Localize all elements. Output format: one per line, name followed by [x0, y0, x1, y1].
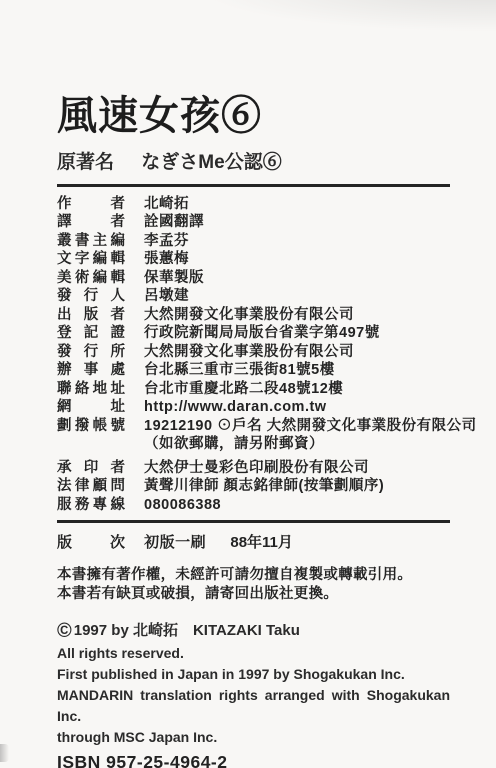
colophon-row-value: 保華製版 — [144, 270, 204, 286]
copyright-symbol: © — [57, 620, 72, 642]
colophon-row-translator: 譯者 詮國翻譯 — [57, 213, 450, 232]
edition-label: 版次 — [57, 532, 125, 553]
colophon-row-office: 辦事處 台北縣三重市三張街81號5樓 — [57, 361, 450, 380]
copyright-notice: 本書擁有著作權，未經許可請勿擅自複製或轉載引用。 — [57, 566, 450, 585]
colophon-row-website: 網址 http://www.daran.com.tw — [57, 398, 450, 417]
colophon-row-label: 發行人 — [57, 287, 125, 306]
colophon-row-value: 台北市重慶北路二段48號12樓 — [144, 381, 343, 397]
website-url: http://www.daran.com.tw — [144, 399, 327, 415]
colophon-row-label: 發行所 — [57, 343, 125, 362]
rights-block: ©1997 by 北崎拓 KITAZAKI Taku All rights re… — [57, 619, 450, 768]
legal-notices: 本書擁有著作權，未經許可請勿擅自複製或轉載引用。 本書若有缺頁或破損，請寄回出版… — [57, 566, 450, 604]
colophon-row-contact-address: 聯絡地址 台北市重慶北路二段48號12樓 — [57, 380, 450, 399]
colophon-row-author: 作者 北崎拓 — [57, 195, 450, 214]
colophon-row-label: 劃撥帳號 — [57, 417, 125, 436]
colophon-row-value: 張蕙梅 — [144, 251, 189, 267]
service-phone-number: 080086388 — [144, 497, 221, 513]
colophon-row-label: 辦事處 — [57, 361, 125, 380]
colophon-row-label: 出版者 — [57, 306, 125, 325]
through-agency-line: through MSC Japan Inc. — [57, 727, 450, 748]
colophon-row-value: 行政院新聞局局版台省業字第497號 — [144, 325, 380, 341]
colophon-row-value: 李孟芬 — [144, 233, 189, 249]
colophon-row-label: 譯者 — [57, 213, 125, 232]
colophon-row-publisher-person: 發行人 呂墩建 — [57, 287, 450, 306]
colophon-row-value: 詮國翻譯 — [144, 214, 204, 230]
edition-row: 版次 初版一刷 88年11月 — [57, 532, 450, 553]
copyright-text: 1997 by 北崎拓 KITAZAKI Taku — [74, 622, 300, 639]
original-title-line: 原著名 なぎさMe公認⑥ — [57, 151, 450, 175]
divider-top — [57, 184, 450, 187]
translation-rights-line: MANDARIN translation rights arranged wit… — [57, 685, 450, 727]
edition-printing: 初版一刷 — [144, 534, 206, 551]
colophon-row-label: 文字編輯 — [57, 250, 125, 269]
postal-note: （如欲郵購，請另附郵資） — [144, 436, 324, 452]
colophon-row-legal-advisor: 法律顧問 黃聲川律師 顏志銘律師(按筆劃順序) — [57, 477, 450, 496]
original-title: なぎさMe公認⑥ — [141, 152, 281, 173]
edition-date: 88年11月 — [230, 534, 293, 551]
colophon-row-label: 服務專線 — [57, 496, 125, 515]
colophon-row-label: 聯絡地址 — [57, 380, 125, 399]
colophon-row-value: 19212190 ⊙戶名 大然開發文化事業股份有限公司 — [144, 418, 477, 434]
colophon-row-service-line: 服務專線 080086388 — [57, 496, 450, 515]
colophon-row-value: 呂墩建 — [144, 288, 189, 304]
colophon-row-label: 叢書主編 — [57, 232, 125, 251]
colophon-row-label: 法律顧問 — [57, 477, 125, 496]
colophon-row-text-editor: 文字編輯 張蕙梅 — [57, 250, 450, 269]
original-title-label: 原著名 — [57, 152, 114, 173]
colophon-row-value: 北崎拓 — [144, 196, 189, 212]
colophon-row-issuing-office: 發行所 大然開發文化事業股份有限公司 — [57, 343, 450, 362]
isbn-number: ISBN 957-25-4964-2 — [57, 751, 450, 768]
colophon-row-label: 登記證 — [57, 324, 125, 343]
colophon-row-printer: 承印者 大然伊士曼彩色印刷股份有限公司 — [57, 459, 450, 478]
colophon-row-art-editor: 美術編輯 保華製版 — [57, 269, 450, 288]
page-content: 風速女孩⑥ 原著名 なぎさMe公認⑥ 作者 北崎拓 譯者 詮國翻譯 叢書主編 李… — [57, 0, 450, 768]
all-rights-reserved-line: All rights reserved. — [57, 643, 450, 664]
scan-smudge-bottom-left — [0, 744, 9, 762]
colophon-row-publisher: 出版者 大然開發文化事業股份有限公司 — [57, 306, 450, 325]
defect-return-notice: 本書若有缺頁或破損，請寄回出版社更換。 — [57, 585, 450, 604]
colophon-row-value: 台北縣三重市三張街81號5樓 — [144, 362, 335, 378]
colophon-row-postal-note: （如欲郵購，請另附郵資） — [57, 435, 450, 454]
first-published-line: First published in Japan in 1997 by Shog… — [57, 664, 450, 685]
colophon-row-postal-account: 劃撥帳號 19212190 ⊙戶名 大然開發文化事業股份有限公司 — [57, 417, 450, 436]
colophon-row-value: 黃聲川律師 顏志銘律師(按筆劃順序) — [144, 478, 384, 494]
divider-middle — [57, 520, 450, 523]
colophon-table: 作者 北崎拓 譯者 詮國翻譯 叢書主編 李孟芬 文字編輯 張蕙梅 美術編輯 保華… — [57, 195, 450, 515]
colophon-row-value: 大然開發文化事業股份有限公司 — [144, 307, 354, 323]
colophon-row-label: 美術編輯 — [57, 269, 125, 288]
colophon-row-label: 作者 — [57, 195, 125, 214]
colophon-row-registration: 登記證 行政院新聞局局版台省業字第497號 — [57, 324, 450, 343]
colophon-row-value: 大然開發文化事業股份有限公司 — [144, 344, 354, 360]
colophon-row-label: 網址 — [57, 398, 125, 417]
colophon-row-label: 承印者 — [57, 459, 125, 478]
book-title: 風速女孩⑥ — [57, 92, 450, 140]
colophon-page: 風速女孩⑥ 原著名 なぎさMe公認⑥ 作者 北崎拓 譯者 詮國翻譯 叢書主編 李… — [0, 0, 496, 768]
colophon-row-value: 大然伊士曼彩色印刷股份有限公司 — [144, 460, 369, 476]
colophon-row-series-editor: 叢書主編 李孟芬 — [57, 232, 450, 251]
copyright-line: ©1997 by 北崎拓 KITAZAKI Taku — [57, 619, 450, 643]
